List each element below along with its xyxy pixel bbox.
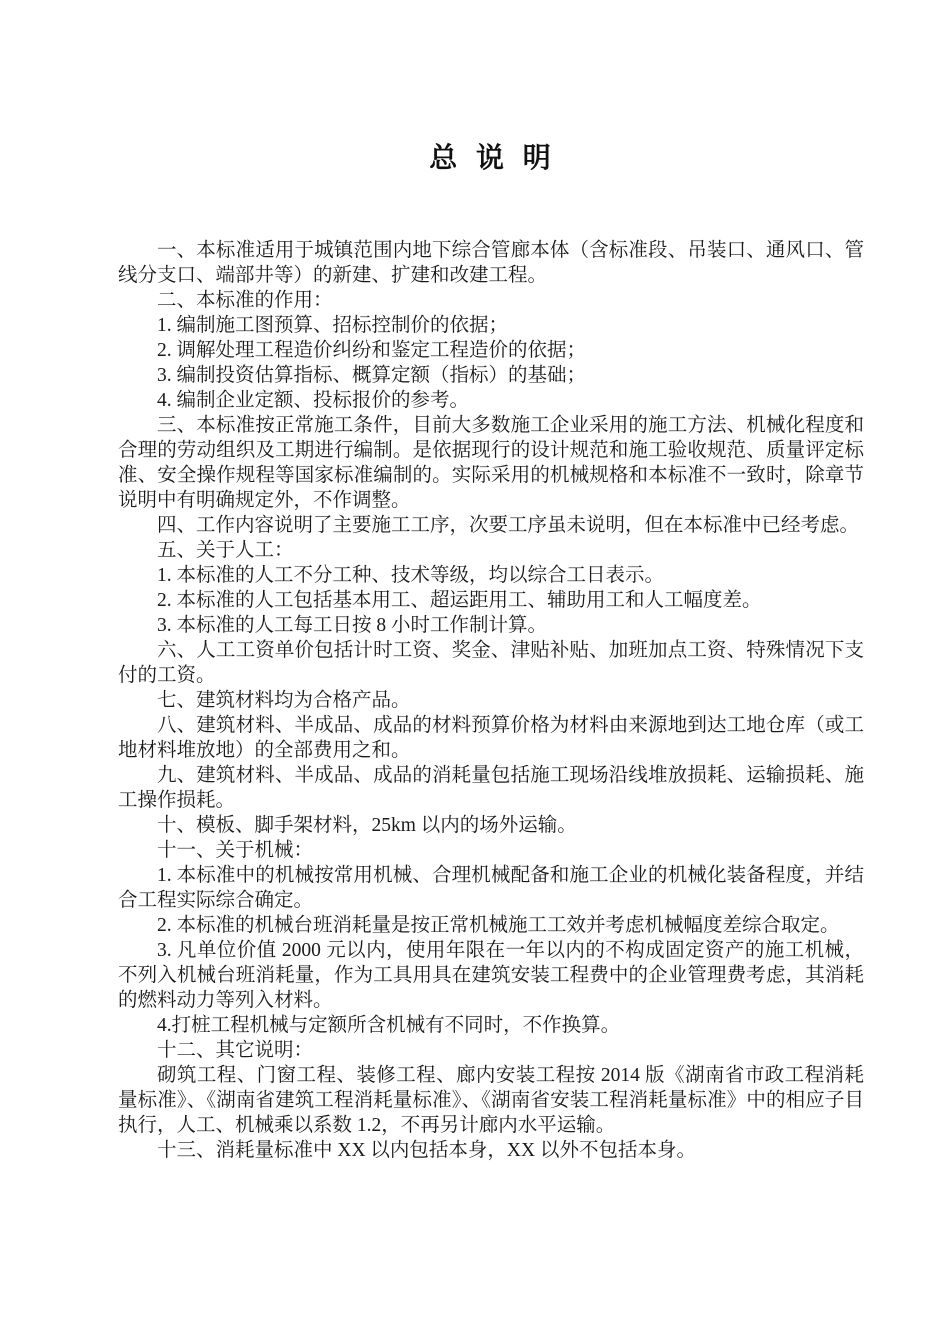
paragraph-purpose-item-4: 4. 编制企业定额、投标报价的参考。 (118, 388, 864, 413)
paragraph-material-consumption: 九、建筑材料、半成品、成品的消耗量包括施工现场沿线堆放损耗、运输损耗、施工操作损… (118, 763, 864, 813)
paragraph-purpose-item-3: 3. 编制投资估算指标、概算定额（指标）的基础； (118, 363, 864, 388)
paragraph-machinery-item-4: 4.打桩工程机械与定额所含机械有不同时，不作换算。 (118, 1013, 864, 1038)
paragraph-machinery-heading: 十一、关于机械： (118, 838, 864, 863)
paragraph-work-content: 四、工作内容说明了主要施工工序，次要工序虽未说明，但在本标准中已经考虑。 (118, 513, 864, 538)
paragraph-labor-heading: 五、关于人工： (118, 538, 864, 563)
paragraph-formwork-transport: 十、模板、脚手架材料，25km 以内的场外运输。 (118, 813, 864, 838)
paragraph-other-notes-heading: 十二、其它说明： (118, 1038, 864, 1063)
page-title: 总 说 明 (118, 140, 864, 176)
paragraph-labor-item-1: 1. 本标准的人工不分工种、技术等级，均以综合工日表示。 (118, 563, 864, 588)
document-content: 总 说 明 一、本标准适用于城镇范围内地下综合管廊本体（含标准段、吊装口、通风口… (118, 140, 864, 1163)
paragraph-compilation-basis: 三、本标准按正常施工条件，目前大多数施工企业采用的施工方法、机械化程度和合理的劳… (118, 413, 864, 513)
paragraph-inclusion-rule: 十三、消耗量标准中 XX 以内包括本身，XX 以外不包括本身。 (118, 1138, 864, 1163)
paragraph-materials-qualified: 七、建筑材料均为合格产品。 (118, 688, 864, 713)
paragraph-labor-item-3: 3. 本标准的人工每工日按 8 小时工作制计算。 (118, 613, 864, 638)
paragraph-purpose-item-2: 2. 调解处理工程造价纠纷和鉴定工程造价的依据； (118, 338, 864, 363)
paragraph-machinery-item-3: 3. 凡单位价值 2000 元以内，使用年限在一年以内的不构成固定资产的施工机械… (118, 938, 864, 1013)
paragraph-labor-item-2: 2. 本标准的人工包括基本用工、超运距用工、辅助用工和人工幅度差。 (118, 588, 864, 613)
paragraph-purpose-heading: 二、本标准的作用： (118, 288, 864, 313)
paragraph-scope: 一、本标准适用于城镇范围内地下综合管廊本体（含标准段、吊装口、通风口、管线分支口… (118, 238, 864, 288)
document-page: 总 说 明 一、本标准适用于城镇范围内地下综合管廊本体（含标准段、吊装口、通风口… (0, 0, 950, 1344)
paragraph-other-notes-body: 砌筑工程、门窗工程、装修工程、廊内安装工程按 2014 版《湖南省市政工程消耗量… (118, 1063, 864, 1138)
paragraph-machinery-item-1: 1. 本标准中的机械按常用机械、合理机械配备和施工企业的机械化装备程度，并结合工… (118, 863, 864, 913)
paragraph-material-budget-price: 八、建筑材料、半成品、成品的材料预算价格为材料由来源地到达工地仓库（或工地材料堆… (118, 713, 864, 763)
paragraph-machinery-item-2: 2. 本标准的机械台班消耗量是按正常机械施工工效并考虑机械幅度差综合取定。 (118, 913, 864, 938)
paragraph-purpose-item-1: 1. 编制施工图预算、招标控制价的依据； (118, 313, 864, 338)
paragraph-wage-unit-price: 六、人工工资单价包括计时工资、奖金、津贴补贴、加班加点工资、特殊情况下支付的工资… (118, 638, 864, 688)
